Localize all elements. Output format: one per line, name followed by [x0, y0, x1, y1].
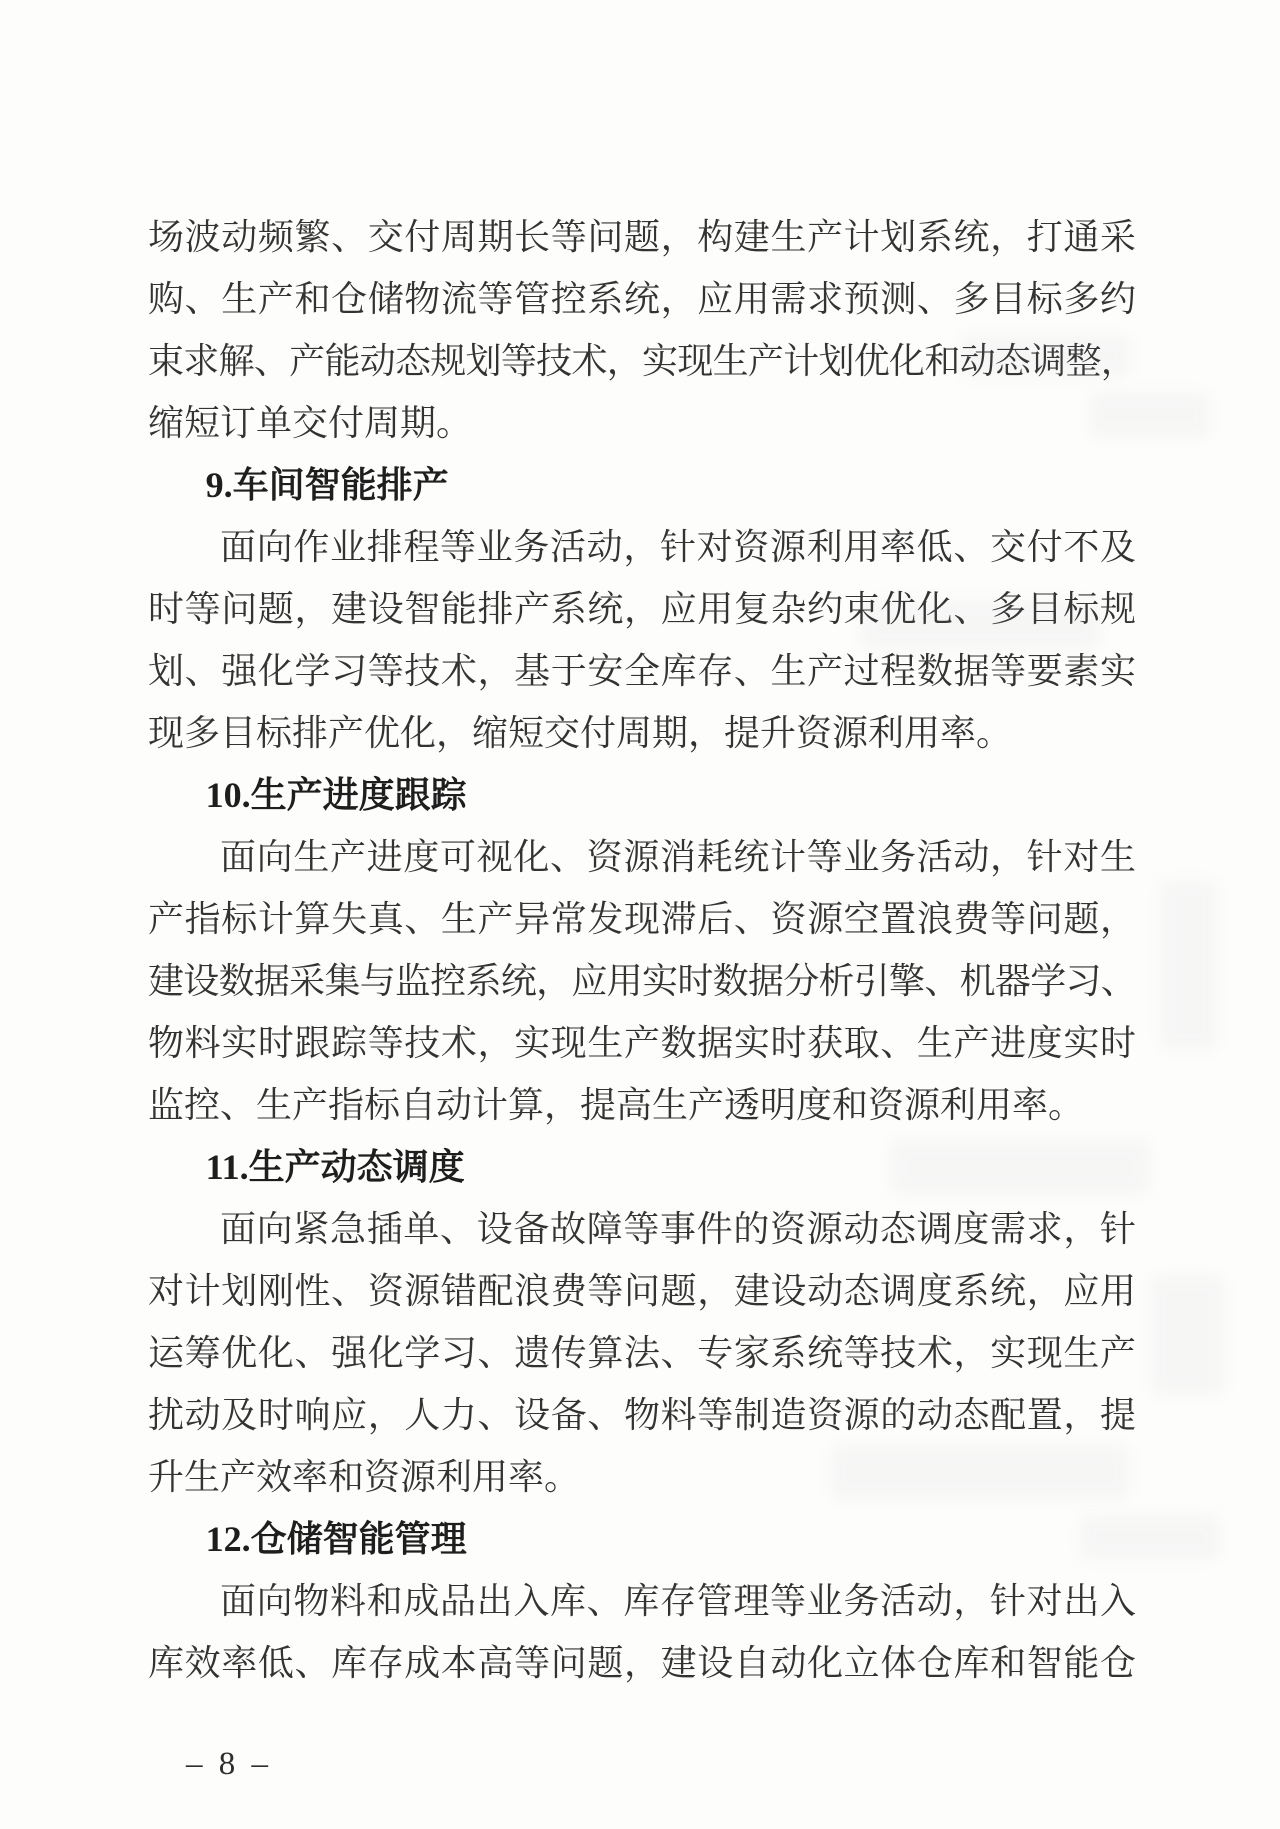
text-line: 产指标计算失真、生产异常发现滞后、资源空置浪费等问题，: [148, 888, 1136, 950]
text-line: 面向作业排程等业务活动，针对资源利用率低、交付不及: [148, 516, 1136, 578]
text-line: 面向紧急插单、设备故障等事件的资源动态调度需求，针: [148, 1198, 1136, 1260]
page-number: – 8 –: [186, 1746, 268, 1783]
text-line: 时等问题，建设智能排产系统，应用复杂约束优化、多目标规: [148, 578, 1136, 640]
text-line: 运筹优化、强化学习、遗传算法、专家系统等技术，实现生产: [148, 1322, 1136, 1384]
text-line: 购、生产和仓储物流等管控系统，应用需求预测、多目标多约: [148, 268, 1136, 330]
text-line: 建设数据采集与监控系统，应用实时数据分析引擎、机器学习、: [148, 950, 1136, 1012]
text-line: 面向物料和成品出入库、库存管理等业务活动，针对出入: [148, 1570, 1136, 1632]
section-9-heading: 9.车间智能排产: [148, 454, 1136, 516]
text-line: 现多目标排产优化，缩短交付周期，提升资源利用率。: [148, 702, 1136, 764]
text-line: 面向生产进度可视化、资源消耗统计等业务活动，针对生: [148, 826, 1136, 888]
section-10-heading: 10.生产进度跟踪: [148, 764, 1136, 826]
text-line: 监控、生产指标自动计算，提高生产透明度和资源利用率。: [148, 1074, 1136, 1136]
section-11-heading: 11.生产动态调度: [148, 1136, 1136, 1198]
text-line: 束求解、产能动态规划等技术，实现生产计划优化和动态调整，: [148, 330, 1136, 392]
scan-bleedthrough-artifact: [1150, 1275, 1225, 1395]
section-12-heading: 12.仓储智能管理: [148, 1508, 1136, 1570]
document-body: 场波动频繁、交付周期长等问题，构建生产计划系统，打通采 购、生产和仓储物流等管控…: [148, 206, 1136, 1694]
document-page: 场波动频繁、交付周期长等问题，构建生产计划系统，打通采 购、生产和仓储物流等管控…: [0, 0, 1280, 1829]
text-line: 升生产效率和资源利用率。: [148, 1446, 1136, 1508]
text-line: 扰动及时响应，人力、设备、物料等制造资源的动态配置，提: [148, 1384, 1136, 1446]
text-line: 物料实时跟踪等技术，实现生产数据实时获取、生产进度实时: [148, 1012, 1136, 1074]
text-line: 库效率低、库存成本高等问题，建设自动化立体仓库和智能仓: [148, 1632, 1136, 1694]
text-line: 缩短订单交付周期。: [148, 392, 1136, 454]
scan-bleedthrough-artifact: [1160, 880, 1218, 1050]
text-line: 对计划刚性、资源错配浪费等问题，建设动态调度系统，应用: [148, 1260, 1136, 1322]
text-line: 场波动频繁、交付周期长等问题，构建生产计划系统，打通采: [148, 206, 1136, 268]
text-line: 划、强化学习等技术，基于安全库存、生产过程数据等要素实: [148, 640, 1136, 702]
